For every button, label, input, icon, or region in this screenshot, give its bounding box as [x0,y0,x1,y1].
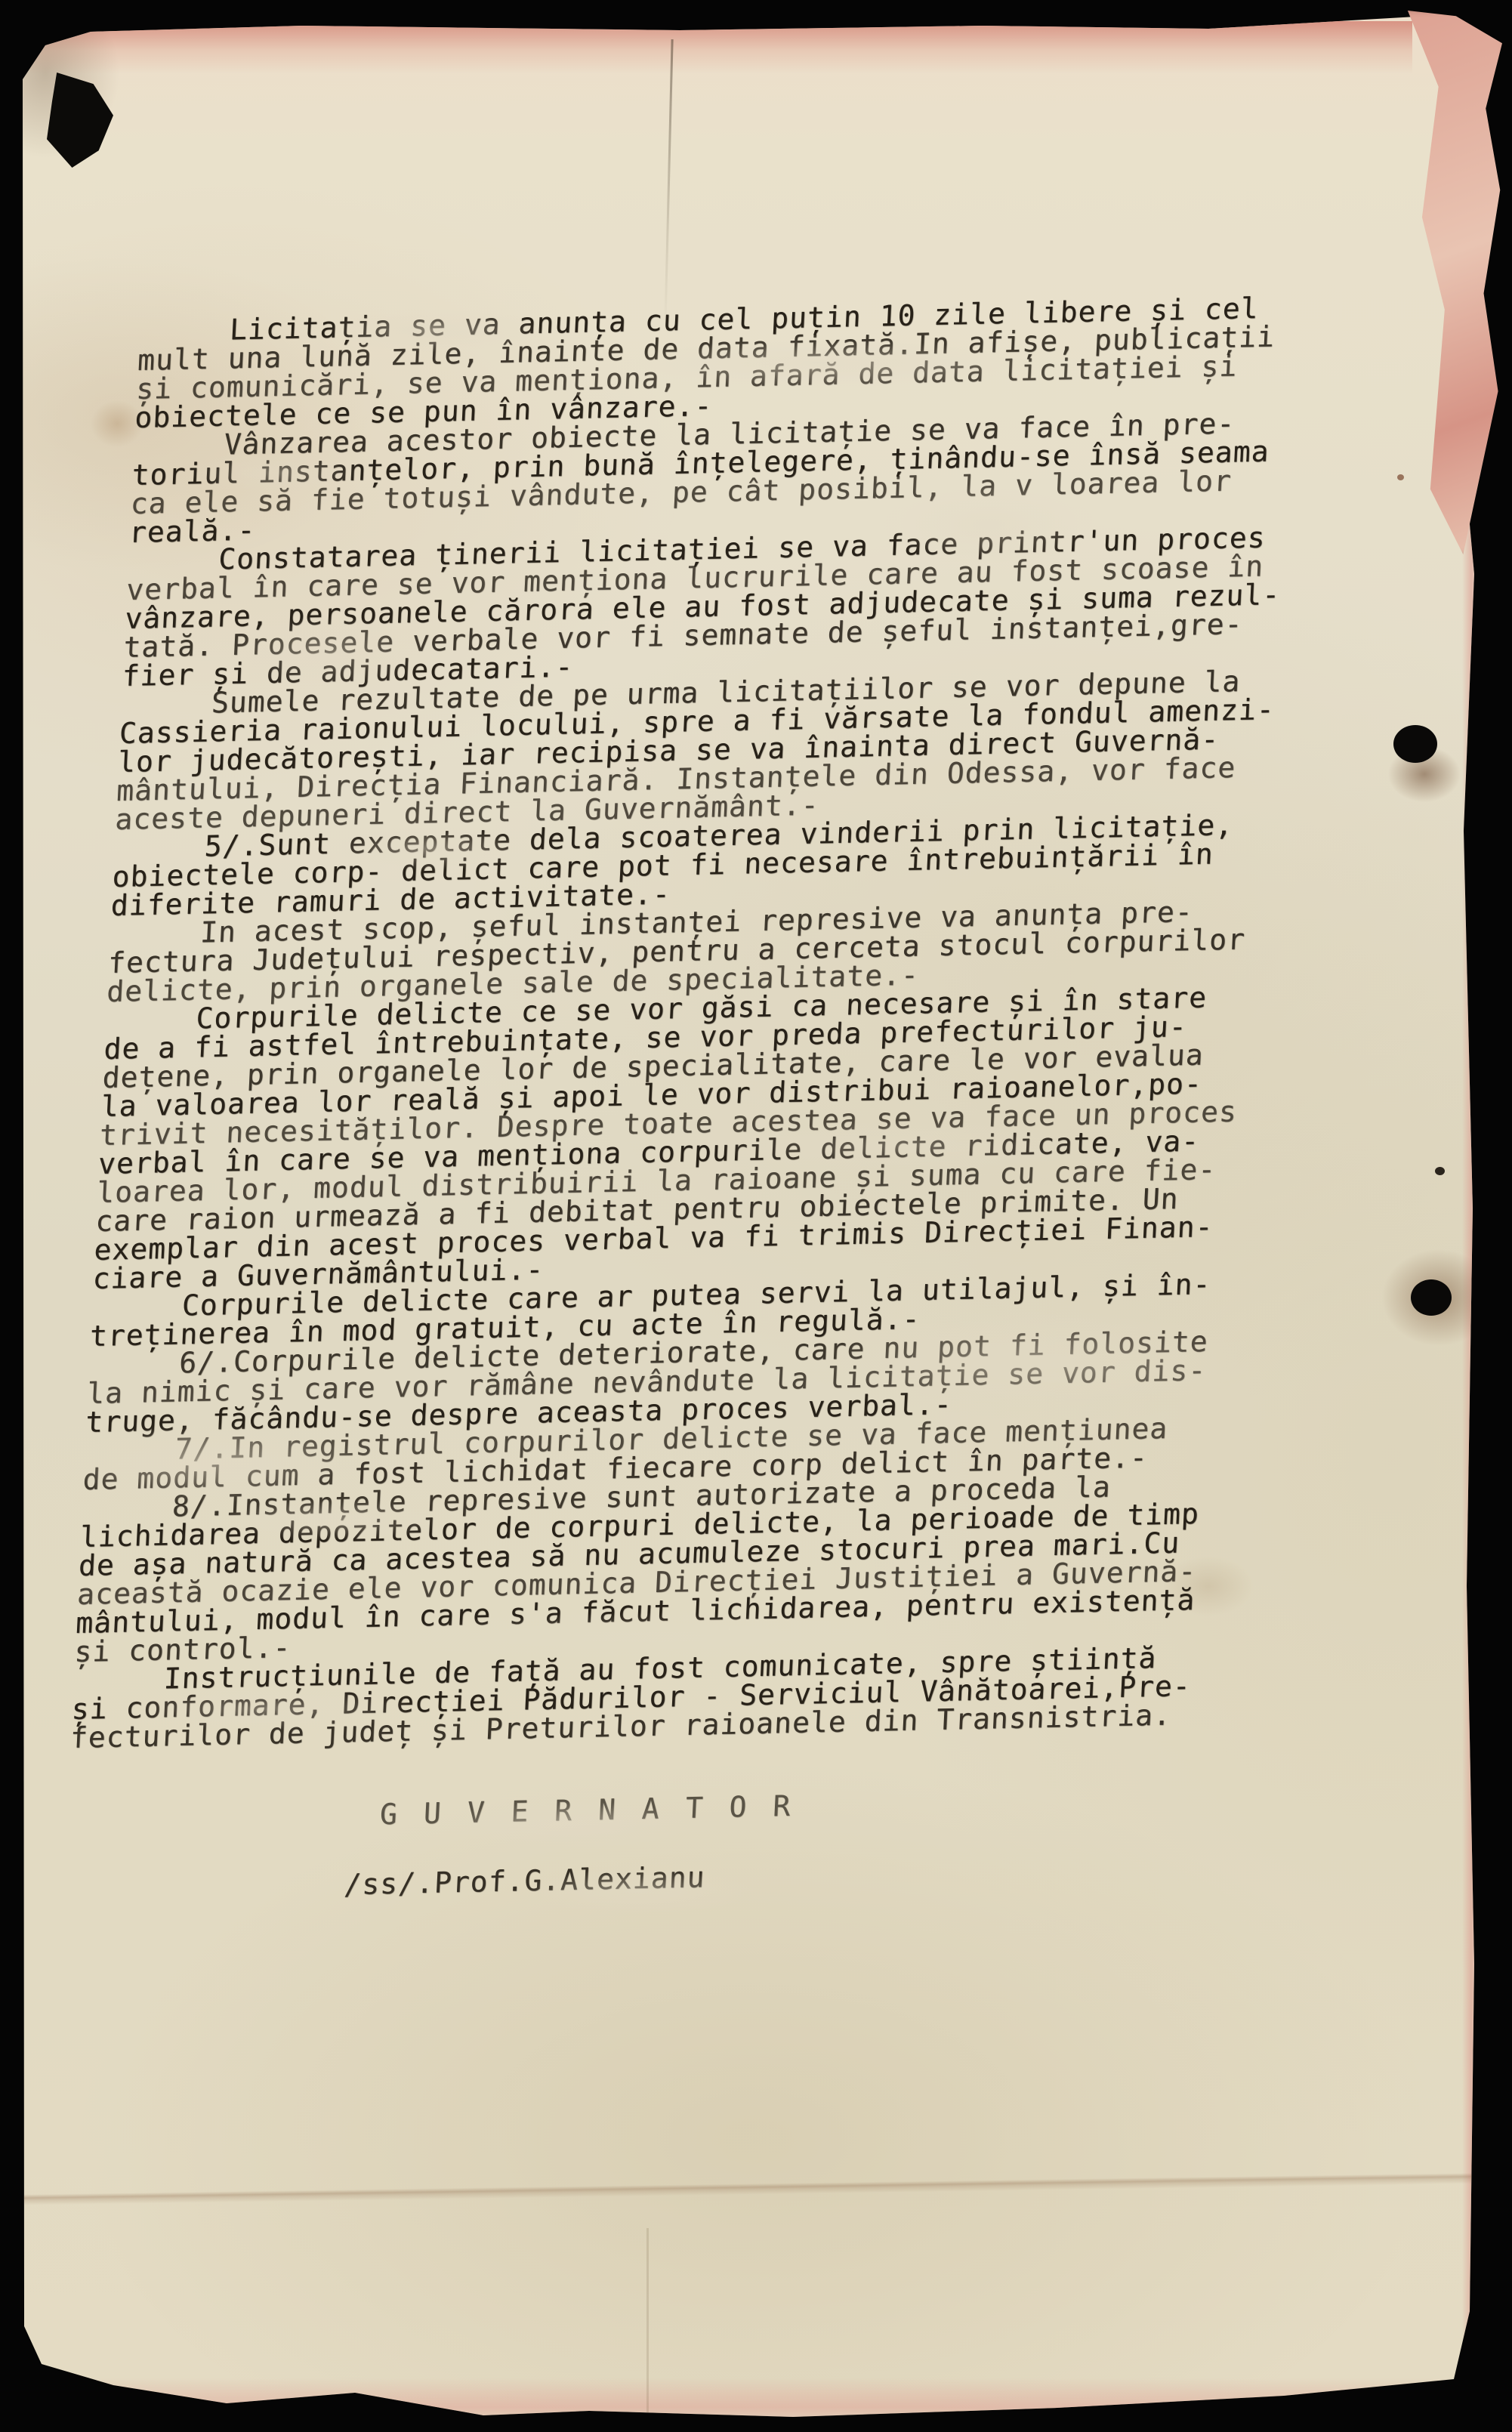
hole-punch-bottom [1411,1279,1452,1316]
document-page: Licitația se va anunța cu cel puțin 10 z… [0,0,1512,2432]
hole-punch-top [1393,725,1437,763]
paper-speck [1435,1167,1445,1175]
signature-name: /ss/.Prof.G.Alexianu [62,1852,1227,1905]
typewritten-text: Licitația se va anunța cu cel puțin 10 z… [62,293,1304,1905]
signature-title: G U V E R N A T O R [66,1782,1231,1835]
tape-top-edge [30,21,1412,74]
paper-crack [664,39,673,326]
document-body: Licitația se va anunța cu cel puțin 10 z… [69,293,1304,1752]
torn-bottom-edge [45,2378,1450,2420]
torn-right-edge [1462,317,1479,2387]
paper-scratch [646,2228,649,2417]
paper-speck [1397,474,1404,480]
fold-crease [23,2147,1473,2228]
scan-background: Licitația se va anunța cu cel puțin 10 z… [0,0,1512,2432]
